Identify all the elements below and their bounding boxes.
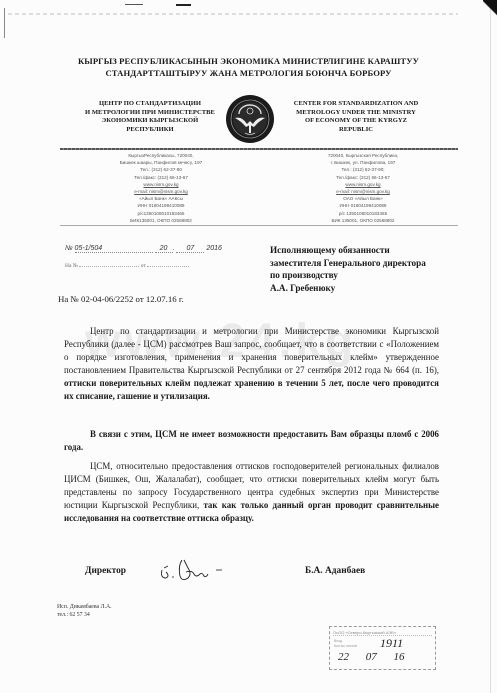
addressee-line: Исполняющему обязанности bbox=[270, 244, 426, 257]
letterhead-title-line: КЫРГЫЗ РЕСПУБЛИКАСЫНЫН ЭКОНОМИКА МИНИСТР… bbox=[0, 55, 497, 67]
address-line: «Айыл Банк» ААКсы bbox=[86, 195, 236, 202]
paragraph-bold-text: В связи с этим, ЦСМ не имеет возможности… bbox=[64, 429, 439, 452]
address-line: КыргызРеспубликасы, 720040, bbox=[86, 152, 236, 159]
address-block-kyrgyz: КыргызРеспубликасы, 720040, Бишкек шаары… bbox=[86, 152, 236, 224]
reference-line: На № 02-04-06/2252 от 12.07.16 г. bbox=[58, 294, 184, 304]
incoming-registration-stamp: ОсОО «Северо-Кыргызский АЭБ» Вход. Кол-в… bbox=[329, 626, 436, 670]
org-name-russian: ЦЕНТР ПО СТАНДАРТИЗАЦИИ И МЕТРОЛОГИИ ПРИ… bbox=[80, 100, 220, 134]
paragraph-3: ЦСМ, относительно предоставления оттиско… bbox=[64, 460, 439, 525]
stamp-month: 07 bbox=[366, 651, 377, 663]
website-link[interactable]: www.nism.gov.kg bbox=[86, 181, 236, 188]
address-line: г. Бишкек, ул. Панфилова, 197 bbox=[288, 159, 438, 166]
blank-line bbox=[79, 262, 139, 267]
in-reply-label: На № bbox=[65, 263, 78, 269]
executor-info: Исп. Дикамбаева Л.А. тел.: 62 57 34 bbox=[57, 604, 112, 619]
paragraph-2: В связи с этим, ЦСМ не имеет возможности… bbox=[64, 428, 439, 454]
outgoing-day: 20 bbox=[155, 245, 173, 253]
org-name-english: CENTER FOR STANDARDIZATION AND METROLOGY… bbox=[286, 100, 426, 134]
executor-name: Исп. Дикамбаева Л.А. bbox=[57, 604, 112, 612]
address-line: Тел./факс: (312) 66-13-67 bbox=[288, 174, 438, 181]
scan-artifact bbox=[125, 4, 143, 5]
scan-artifact bbox=[176, 4, 191, 6]
stamp-day: 22 bbox=[338, 651, 349, 663]
outgoing-number-text: 05-1/504 bbox=[75, 245, 103, 252]
letterhead-title-line: СТАНДАРТТАШТЫРУУ ЖАНА МЕТРОЛОГИЯ БОЮНЧА … bbox=[0, 67, 497, 79]
org-line: REPUBLIC bbox=[286, 126, 426, 135]
number-sign: № bbox=[65, 245, 73, 252]
address-divider bbox=[60, 225, 458, 226]
scan-edge bbox=[490, 0, 491, 693]
org-line: METROLOGY UNDER THE MINISTRY bbox=[286, 109, 426, 118]
addressee-name: А.А. Гребенюку bbox=[270, 282, 426, 295]
signatory-name: Б.А. Аданбаев bbox=[305, 566, 365, 576]
address-line: Бишкек шаары, Панфилов көчөсү, 197 bbox=[86, 159, 236, 166]
scan-artifact bbox=[8, 13, 458, 15]
address-line: Тел.: (312) 62-37-90; bbox=[288, 166, 438, 173]
address-line: БИК 135001, ОКПО 02568802 bbox=[288, 217, 438, 224]
blank-line bbox=[147, 262, 189, 267]
addressee-block: Исполняющему обязанности заместителя Ген… bbox=[270, 244, 426, 294]
address-line: Тел./факс: (312) 66-13-67 bbox=[86, 174, 236, 181]
org-line: ЭКОНОМИКИ КЫРГЫЗСКОЙ bbox=[80, 117, 220, 126]
scan-corner-shadow bbox=[483, 0, 497, 18]
in-reply-to-field: На № от bbox=[65, 262, 189, 269]
address-line: ОАО «Айыл Банк» bbox=[288, 195, 438, 202]
org-line: OF ECONOMY OF THE KYRGYZ bbox=[286, 117, 426, 126]
address-line: БИК135001, ОКПО 02568802 bbox=[86, 217, 236, 224]
outgoing-number: № 05-1/504 20. 07 2016 bbox=[65, 245, 222, 253]
outgoing-number-value: 05-1/504 bbox=[75, 245, 153, 253]
executor-phone: тел.: 62 57 34 bbox=[57, 612, 112, 620]
org-line: ЦЕНТР ПО СТАНДАРТИЗАЦИИ bbox=[80, 100, 220, 109]
address-block-russian: 720040, Кыргызская Республика, г. Бишкек… bbox=[288, 152, 438, 224]
org-line: И МЕТРОЛОГИИ ПРИ МИНИСТЕРСТВЕ bbox=[80, 109, 220, 118]
stamp-number: 1911 bbox=[380, 636, 403, 651]
letterhead-kyrgyz-title: КЫРГЫЗ РЕСПУБЛИКАСЫНЫН ЭКОНОМИКА МИНИСТР… bbox=[0, 55, 497, 79]
from-label: от bbox=[141, 263, 146, 269]
letter-page: КЫРГЫЗ РЕСПУБЛИКАСЫНЫН ЭКОНОМИКА МИНИСТР… bbox=[0, 0, 497, 693]
address-line: Тел.: (312) 62-37-90 bbox=[86, 166, 236, 173]
handwritten-signature bbox=[158, 556, 238, 586]
address-line: р/с 1350108010183465 bbox=[288, 210, 438, 217]
website-link[interactable]: www.nism.gov.kg bbox=[288, 181, 438, 188]
outgoing-year-prefix: 20 bbox=[206, 245, 214, 252]
stamp-labels: Вход. Кол-во листов bbox=[334, 639, 357, 648]
stamp-year: 16 bbox=[394, 651, 405, 663]
address-line: 720040, Кыргызская Республика, bbox=[288, 152, 438, 159]
paragraph-1: Центр по стандартизации и метрологии при… bbox=[64, 325, 439, 404]
email-link[interactable]: e-mail: nism@nism.gov.kg bbox=[288, 188, 438, 195]
org-line: CENTER FOR STANDARDIZATION AND bbox=[286, 100, 426, 109]
state-emblem-icon bbox=[225, 94, 275, 144]
paragraph-text: Центр по стандартизации и метрологии при… bbox=[64, 326, 439, 375]
address-line: ИНН 01804199410089 bbox=[86, 202, 236, 209]
address-line: ИНН 01804199410089 bbox=[288, 202, 438, 209]
outgoing-month: 07 bbox=[176, 245, 204, 253]
outgoing-year: 16 bbox=[214, 245, 222, 252]
addressee-line: по производству bbox=[270, 269, 426, 282]
addressee-line: заместителя Генерального директора bbox=[270, 257, 426, 270]
address-line: р/с1350108010183465 bbox=[86, 210, 236, 217]
signatory-title: Директор bbox=[85, 566, 126, 576]
stamp-label: Кол-во листов bbox=[334, 644, 357, 649]
email-link[interactable]: e-mail: nism@nism.gov.kg bbox=[86, 188, 236, 195]
stamp-date: 22 07 16 bbox=[338, 651, 405, 663]
org-line: РЕСПУБЛИКИ bbox=[80, 126, 220, 135]
scan-edge bbox=[4, 8, 5, 38]
paragraph-bold-text: оттиски поверительных клейм подлежат хра… bbox=[64, 378, 439, 401]
letterhead-divider bbox=[60, 148, 458, 150]
